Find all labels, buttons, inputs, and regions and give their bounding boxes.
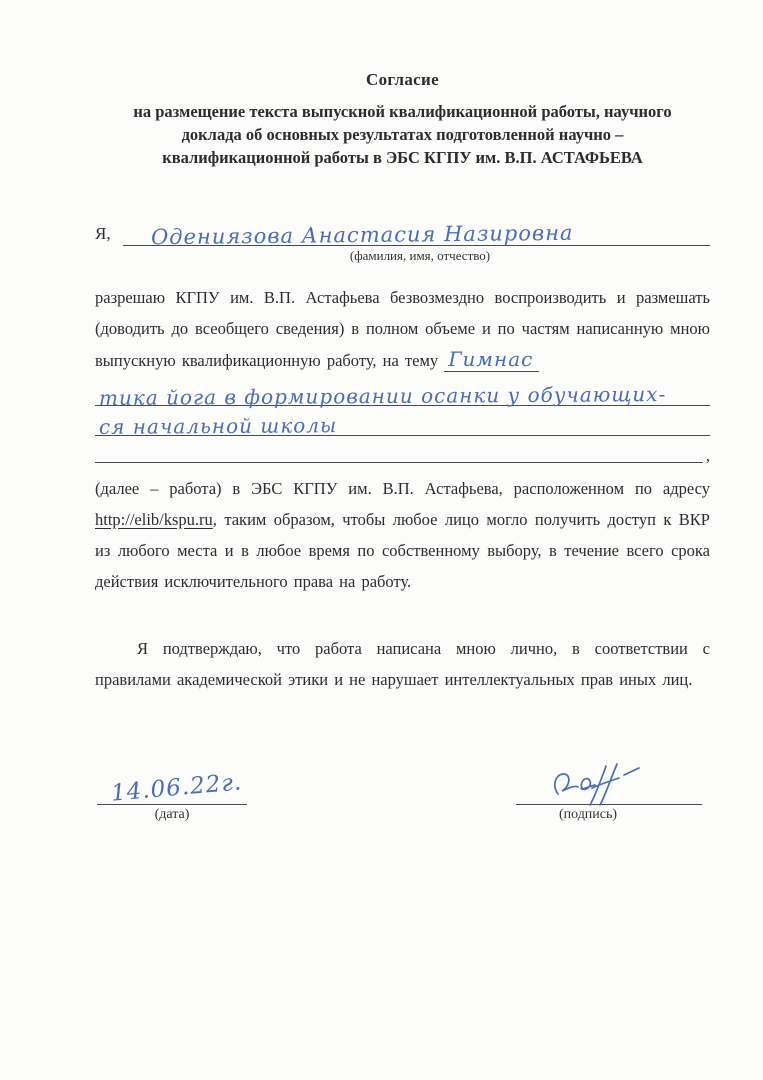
date-handwritten: 14.06.22г. bbox=[110, 769, 243, 806]
declarant-row: Я, Одениязова Анастасия Назировна bbox=[95, 215, 710, 246]
signature-footer: 14.06.22г. (дата) bbox=[95, 759, 710, 823]
document-content: Согласие на размещение текста выпускной … bbox=[95, 0, 710, 823]
scanned-consent-document: Согласие на размещение текста выпускной … bbox=[0, 0, 763, 1080]
library-url: http://elib/kspu.ru bbox=[95, 510, 213, 529]
signature-scribble bbox=[544, 758, 654, 808]
subtitle-line-2: доклада об основных результатах подготов… bbox=[95, 123, 710, 146]
ebs-paragraph: (далее – работа) в ЭБС КГПУ им. В.П. Аст… bbox=[95, 473, 710, 597]
permission-text: разрешаю КГПУ им. В.П. Астафьева безвозм… bbox=[95, 288, 710, 370]
topic-field-line-2: ся начальной школы bbox=[95, 406, 710, 436]
document-title: Согласие bbox=[95, 70, 710, 90]
declarant-name-handwritten: Одениязова Анастасия Назировна bbox=[150, 221, 573, 249]
topic-handwritten-line1: Гимнас bbox=[444, 347, 539, 372]
confirmation-paragraph: Я подтверждаю, что работа написана мною … bbox=[95, 633, 710, 695]
blank-underline bbox=[95, 462, 703, 463]
subtitle-line-3: квалификационной работы в ЭБС КГПУ им. В… bbox=[95, 146, 710, 169]
permission-paragraph: разрешаю КГПУ им. В.П. Астафьева безвозм… bbox=[95, 282, 710, 376]
declarant-name-field: Одениязова Анастасия Назировна bbox=[123, 215, 710, 246]
trailing-comma: , bbox=[703, 449, 710, 463]
signature-caption: (подпись) bbox=[516, 807, 660, 823]
date-caption: (дата) bbox=[97, 807, 247, 823]
ebs-text-before-url: (далее – работа) в ЭБС КГПУ им. В.П. Аст… bbox=[95, 479, 710, 498]
topic-field-line-3-empty: , bbox=[95, 436, 710, 463]
signature-field bbox=[516, 759, 702, 805]
signature-block: (подпись) bbox=[516, 759, 702, 823]
topic-field-line-1: тика йога в формировании осанки у обучаю… bbox=[95, 376, 710, 406]
subtitle-line-1: на размещение текста выпускной квалифика… bbox=[95, 100, 710, 123]
topic-handwritten-line3: ся начальной школы bbox=[99, 413, 337, 439]
declarant-name-caption: (фамилия, имя, отчество) bbox=[130, 248, 710, 264]
date-field: 14.06.22г. bbox=[97, 759, 247, 805]
declarant-prefix: Я, bbox=[95, 224, 111, 246]
document-subtitle: на размещение текста выпускной квалифика… bbox=[95, 100, 710, 169]
date-block: 14.06.22г. (дата) bbox=[97, 759, 247, 823]
